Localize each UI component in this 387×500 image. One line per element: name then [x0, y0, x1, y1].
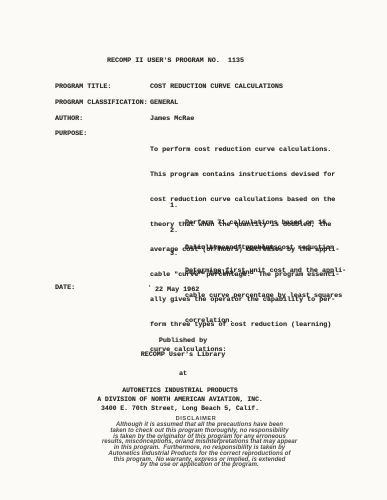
list-item-2: 2. Calculate and type-out cost reduction…: [170, 227, 360, 245]
field-value-program-title: COST REDUCTION CURVE CALCULATIONS: [150, 83, 283, 91]
org-division-line: A DIVISION OF NORTH AMERICAN AVIATION, I…: [0, 396, 360, 404]
date-text: 22 May 1962: [155, 286, 199, 294]
field-label-purpose: PURPOSE:: [55, 130, 87, 138]
field-label-date: DATE:: [55, 284, 75, 292]
disclaimer-line: by the use or application of the program…: [72, 463, 327, 469]
field-value-date: '22 May 1962: [148, 284, 199, 294]
purpose-line: This program contains instructions devis…: [150, 171, 339, 179]
list-item-number: 1.: [170, 202, 178, 210]
list-item-line: Determine first unit cost and the appli-: [185, 267, 346, 275]
document-page: RECOMP II USER'S PROGRAM NO. 1135 PROGRA…: [0, 0, 387, 500]
org-address-line: 3400 E. 70th Street, Long Beach 5, Calif…: [0, 405, 360, 413]
field-value-author: James McRae: [150, 115, 194, 123]
list-item-number: 3.: [170, 250, 178, 258]
list-item-text: Determine first unit cost and the appli-…: [185, 250, 346, 342]
field-label-author: AUTHOR:: [55, 115, 83, 123]
org-name-line: AUTONETICS INDUSTRIAL PRODUCTS: [0, 387, 360, 395]
stray-tick-mark: ': [148, 285, 151, 291]
list-item-number: 2.: [170, 227, 178, 235]
list-item-line: Perform 71 calculations based on 16: [185, 219, 326, 227]
list-item-1: 1. Perform 71 calculations based on 16 b…: [170, 202, 360, 220]
field-value-program-classification: GENERAL: [150, 99, 178, 107]
published-by-line: Published by: [0, 337, 366, 345]
field-label-program-title: PROGRAM TITLE:: [55, 83, 111, 91]
list-item-3: 3. Determine first unit cost and the app…: [170, 250, 360, 276]
document-header: RECOMP II USER'S PROGRAM NO. 1135: [107, 57, 244, 65]
at-line: at: [0, 370, 366, 378]
list-item-line: correlation.: [185, 317, 346, 325]
disclaimer-body: Although it is assumed that all the prec…: [72, 423, 327, 469]
purpose-line: To perform cost reduction curve calculat…: [150, 146, 339, 154]
list-item-line: cable curve percentage by least squares: [185, 292, 346, 300]
field-label-program-classification: PROGRAM CLASSIFICATION:: [55, 99, 148, 107]
library-line: RECOMP User's Library: [0, 351, 366, 359]
